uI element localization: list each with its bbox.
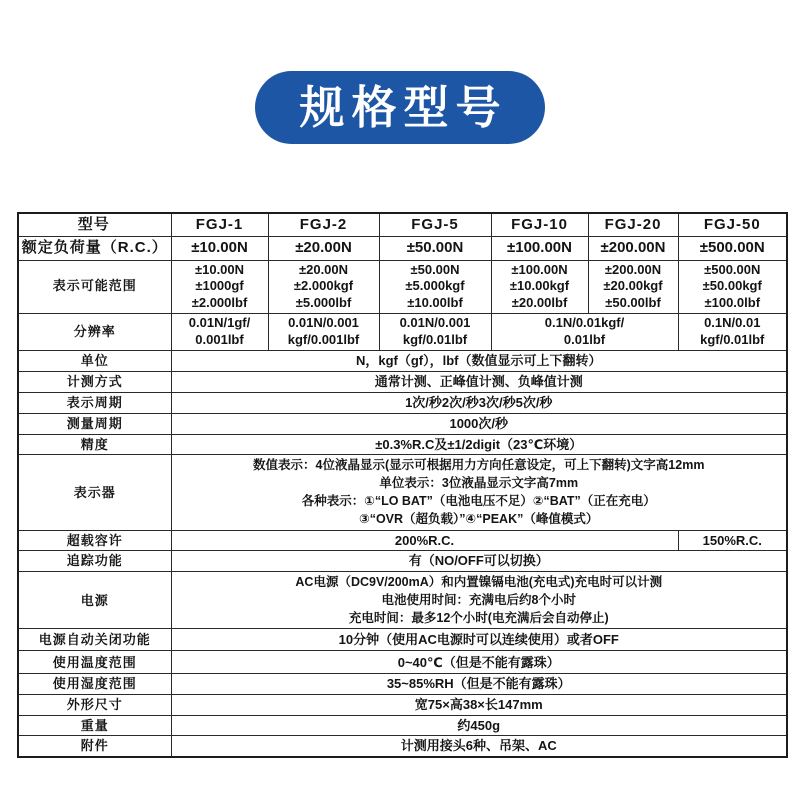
weight-label: 重量 [18, 715, 171, 736]
row-dimensions: 外形尺寸 宽75×高38×长147mm [18, 695, 787, 716]
display-range-fgj-1: ±10.00N ±1000gf ±2.000lbf [171, 260, 268, 314]
row-unit: 单位 N，kgf（gf），lbf（数值显示可上下翻转） [18, 350, 787, 371]
row-sampling-cycle: 测量周期 1000次/秒 [18, 413, 787, 434]
model-fgj-5: FGJ-5 [379, 213, 491, 237]
display-range-label: 表示可能范围 [18, 260, 171, 314]
resolution-fgj-2: 0.01N/0.001 kgf/0.001lbf [268, 314, 379, 351]
row-resolution: 分辨率 0.01N/1gf/ 0.001lbf 0.01N/0.001 kgf/… [18, 314, 787, 351]
resolution-fgj-50: 0.1N/0.01 kgf/0.01lbf [678, 314, 787, 351]
spec-table: 型号 FGJ-1 FGJ-2 FGJ-5 FGJ-10 FGJ-20 FGJ-5… [17, 212, 788, 758]
row-display-cycle: 表示周期 1次/秒2次/秒3次/秒5次/秒 [18, 392, 787, 413]
display-range-fgj-10: ±100.00N ±10.00kgf ±20.00lbf [491, 260, 588, 314]
page: 规格型号 型号 FGJ-1 FGJ-2 FGJ-5 FGJ-10 FGJ-20 … [0, 0, 800, 800]
model-fgj-2: FGJ-2 [268, 213, 379, 237]
sampling-cycle-value: 1000次/秒 [171, 413, 787, 434]
row-weight: 重量 约450g [18, 715, 787, 736]
spec-banner: 规格型号 [255, 71, 545, 144]
display-cycle-label: 表示周期 [18, 392, 171, 413]
row-display-indicator: 表示器 数值表示：4位液晶显示(显示可根据用力方向任意设定，可上下翻转)文字高1… [18, 455, 787, 531]
accessories-value: 计测用接头6种、吊架、AC [171, 736, 787, 757]
power-label: 电源 [18, 572, 171, 629]
sampling-cycle-label: 测量周期 [18, 413, 171, 434]
auto-off-value: 10分钟（使用AC电源时可以连续使用）或者OFF [171, 629, 787, 651]
tracking-label: 追踪功能 [18, 551, 171, 572]
display-indicator-label: 表示器 [18, 455, 171, 531]
rated-capacity-fgj-2: ±20.00N [268, 237, 379, 260]
measure-mode-value: 通常计测、正峰值计测、负峰值计测 [171, 371, 787, 392]
rated-capacity-fgj-10: ±100.00N [491, 237, 588, 260]
model-header-label: 型号 [18, 213, 171, 237]
model-fgj-1: FGJ-1 [171, 213, 268, 237]
resolution-fgj-10-20: 0.1N/0.01kgf/ 0.01lbf [491, 314, 678, 351]
temp-range-label: 使用温度范围 [18, 651, 171, 674]
rated-capacity-fgj-20: ±200.00N [588, 237, 678, 260]
row-tracking: 追踪功能 有（NO/OFF可以切换） [18, 551, 787, 572]
resolution-label: 分辨率 [18, 314, 171, 351]
unit-label: 单位 [18, 350, 171, 371]
row-measure-mode: 计测方式 通常计测、正峰值计测、负峰值计测 [18, 371, 787, 392]
rated-capacity-fgj-5: ±50.00N [379, 237, 491, 260]
row-model-header: 型号 FGJ-1 FGJ-2 FGJ-5 FGJ-10 FGJ-20 FGJ-5… [18, 213, 787, 237]
humidity-range-value: 35~85%RH（但是不能有露珠） [171, 674, 787, 695]
row-overload: 超载容许 200%R.C. 150%R.C. [18, 530, 787, 551]
row-auto-off: 电源自动关闭功能 10分钟（使用AC电源时可以连续使用）或者OFF [18, 629, 787, 651]
tracking-value: 有（NO/OFF可以切换） [171, 551, 787, 572]
dimensions-value: 宽75×高38×长147mm [171, 695, 787, 716]
rated-capacity-label: 额定负荷量（R.C.） [18, 237, 171, 260]
overload-label: 超载容许 [18, 530, 171, 551]
display-cycle-value: 1次/秒2次/秒3次/秒5次/秒 [171, 392, 787, 413]
row-display-range: 表示可能范围 ±10.00N ±1000gf ±2.000lbf ±20.00N… [18, 260, 787, 314]
temp-range-value: 0~40℃（但是不能有露珠） [171, 651, 787, 674]
resolution-fgj-5: 0.01N/0.001 kgf/0.01lbf [379, 314, 491, 351]
dimensions-label: 外形尺寸 [18, 695, 171, 716]
humidity-range-label: 使用湿度范围 [18, 674, 171, 695]
accuracy-label: 精度 [18, 434, 171, 455]
model-fgj-10: FGJ-10 [491, 213, 588, 237]
row-humidity-range: 使用湿度范围 35~85%RH（但是不能有露珠） [18, 674, 787, 695]
display-range-fgj-5: ±50.00N ±5.000kgf ±10.00lbf [379, 260, 491, 314]
row-rated-capacity: 额定负荷量（R.C.） ±10.00N ±20.00N ±50.00N ±100… [18, 237, 787, 260]
overload-value-main: 200%R.C. [171, 530, 678, 551]
overload-value-fgj-50: 150%R.C. [678, 530, 787, 551]
measure-mode-label: 计测方式 [18, 371, 171, 392]
accuracy-value: ±0.3%R.C及±1/2digit（23℃环境） [171, 434, 787, 455]
unit-value: N，kgf（gf），lbf（数值显示可上下翻转） [171, 350, 787, 371]
display-indicator-value: 数值表示：4位液晶显示(显示可根据用力方向任意设定，可上下翻转)文字高12mm … [171, 455, 787, 531]
row-accuracy: 精度 ±0.3%R.C及±1/2digit（23℃环境） [18, 434, 787, 455]
model-fgj-20: FGJ-20 [588, 213, 678, 237]
row-power: 电源 AC电源（DC9V/200mA）和内置镍镉电池(充电式)充电时可以计测 电… [18, 572, 787, 629]
rated-capacity-fgj-50: ±500.00N [678, 237, 787, 260]
accessories-label: 附件 [18, 736, 171, 757]
auto-off-label: 电源自动关闭功能 [18, 629, 171, 651]
model-fgj-50: FGJ-50 [678, 213, 787, 237]
resolution-fgj-1: 0.01N/1gf/ 0.001lbf [171, 314, 268, 351]
power-value: AC电源（DC9V/200mA）和内置镍镉电池(充电式)充电时可以计测 电池使用… [171, 572, 787, 629]
display-range-fgj-50: ±500.00N ±50.00kgf ±100.0lbf [678, 260, 787, 314]
display-range-fgj-2: ±20.00N ±2.000kgf ±5.000lbf [268, 260, 379, 314]
display-range-fgj-20: ±200.00N ±20.00kgf ±50.00lbf [588, 260, 678, 314]
weight-value: 约450g [171, 715, 787, 736]
banner-title: 规格型号 [292, 85, 507, 130]
row-accessories: 附件 计测用接头6种、吊架、AC [18, 736, 787, 757]
rated-capacity-fgj-1: ±10.00N [171, 237, 268, 260]
row-temp-range: 使用温度范围 0~40℃（但是不能有露珠） [18, 651, 787, 674]
